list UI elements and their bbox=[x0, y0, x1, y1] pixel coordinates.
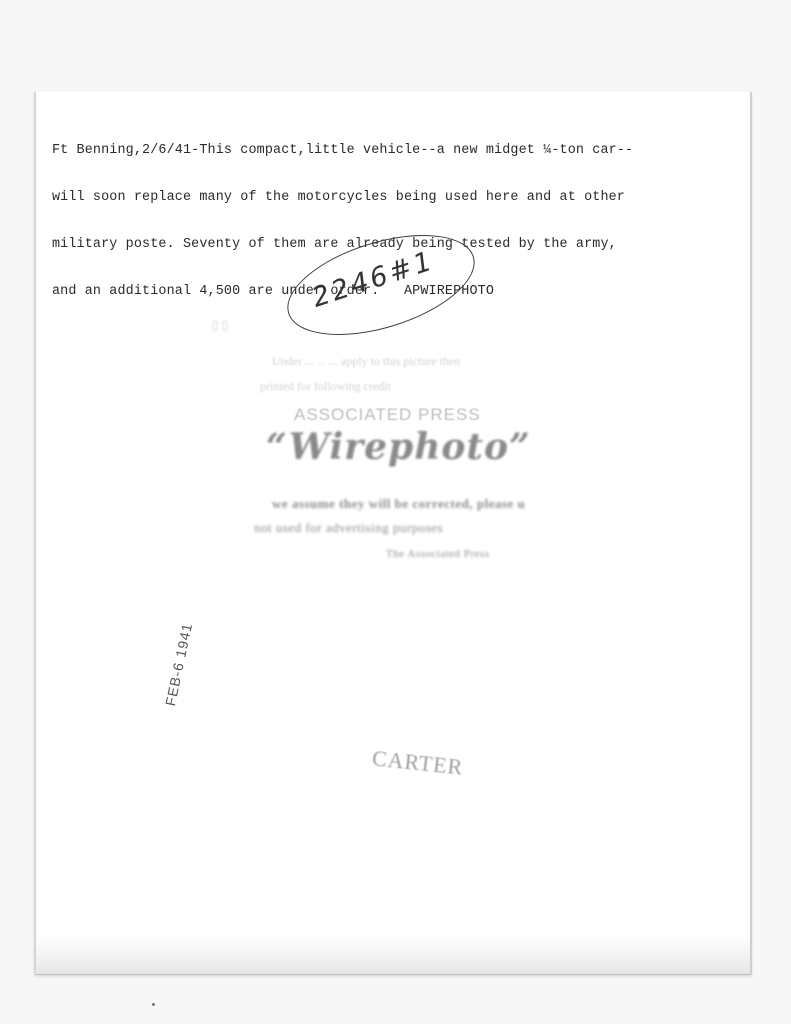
stamp-faint-mark: ▯ ▯ bbox=[212, 318, 228, 333]
date-stamp: FEB-6 1941 bbox=[162, 621, 195, 707]
stamp-faint-line: printed for following credit bbox=[260, 379, 391, 394]
caption-line: Ft Benning,2/6/41-This compact,little ve… bbox=[52, 143, 752, 159]
wirephoto-logo: “Wirephoto” bbox=[266, 426, 531, 468]
dust-speck bbox=[152, 1003, 155, 1006]
stamp-blurred-line: The Associated Press bbox=[386, 548, 489, 560]
photographer-stamp: CARTER bbox=[371, 745, 465, 780]
stamp-faint-line: Under ... ... ... apply to this picture … bbox=[272, 354, 460, 369]
photo-back-sheet: Ft Benning,2/6/41-This compact,little ve… bbox=[34, 92, 752, 975]
stamp-blurred-line: not used for advertising purposes bbox=[254, 520, 443, 536]
paper-curl-edge bbox=[36, 936, 750, 975]
associated-press-label: ASSOCIATED PRESS bbox=[294, 405, 481, 425]
caption-line: will soon replace many of the motorcycle… bbox=[52, 190, 752, 206]
stamp-blurred-line: we assume they will be corrected, please… bbox=[272, 496, 525, 512]
